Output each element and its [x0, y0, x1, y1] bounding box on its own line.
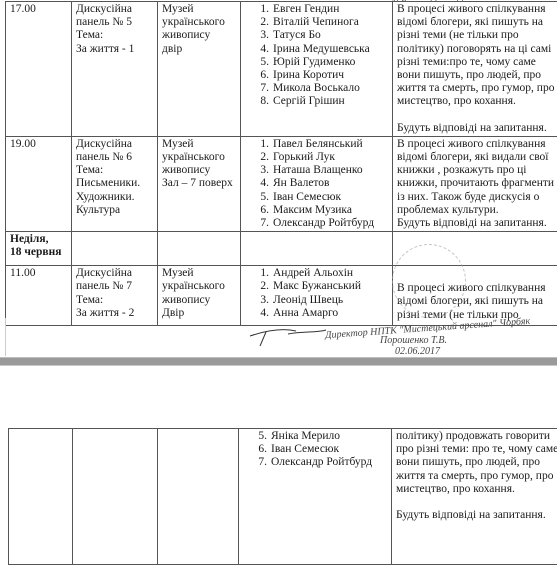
- list-item: 2.Макс Бужанський: [255, 280, 388, 293]
- schedule-table-page-1: 17.00 Дискусійна панель № 5 Тема: За жит…: [5, 1, 557, 326]
- description-cell: В процесі живого спілкування відомі блог…: [393, 136, 557, 231]
- time-cell: 17.00: [6, 2, 72, 137]
- participants-list: 5.Яніка Мерило 6.Іван Семесюк 7.Олександ…: [253, 430, 387, 470]
- list-item: 6.Ірина Коротич: [255, 69, 388, 82]
- table-row-day: Неділя, 18 червня: [6, 232, 557, 266]
- signature-scribble: [248, 322, 328, 348]
- day-cell: Неділя, 18 червня: [6, 232, 72, 266]
- list-item: 6.Іван Семесюк: [253, 443, 387, 456]
- list-item: 1.Евген Гендин: [255, 3, 388, 16]
- list-item: 2.Горький Лук: [255, 151, 388, 164]
- participants-list: 1.Павел Белянський 2.Горький Лук 3.Наташ…: [255, 138, 388, 230]
- list-item: 5.Іван Семесюк: [255, 191, 388, 204]
- participants-cell: 1.Павел Белянський 2.Горький Лук 3.Наташ…: [241, 136, 393, 231]
- table-row-17-00: 17.00 Дискусійна панель № 5 Тема: За жит…: [6, 2, 557, 137]
- participants-list: 1.Евген Гендин 2.Віталій Чепинога 3.Тату…: [255, 3, 388, 109]
- list-item: 4.Ян Валетов: [255, 177, 388, 190]
- venue-cell: Музей українського живопису Зал – 7 пове…: [158, 136, 241, 231]
- participants-cell: 1.Андрей Альохін 2.Макс Бужанський 3.Лео…: [241, 266, 393, 326]
- event-cell: Дискусійна панель № 5 Тема: За життя - 1: [72, 2, 158, 137]
- document-page-1: Будуть відповіді на запитання. 17.00 Дис…: [0, 0, 557, 357]
- page-separator: [0, 357, 557, 366]
- table-row-continuation: 5.Яніка Мерило 6.Іван Семесюк 7.Олександ…: [9, 429, 557, 565]
- list-item: 7.Олександр Ройтбурд: [255, 217, 388, 230]
- participants-list: 1.Андрей Альохін 2.Макс Бужанський 3.Лео…: [255, 267, 388, 320]
- list-item: 2.Віталій Чепинога: [255, 16, 388, 29]
- list-item: 7.Микола Воськало: [255, 82, 388, 95]
- schedule-table-page-2: 5.Яніка Мерило 6.Іван Семесюк 7.Олександ…: [8, 428, 557, 565]
- list-item: 3.Леонід Швець: [255, 294, 388, 307]
- description-cell: політику) продовжать говорити про різні …: [392, 429, 557, 565]
- list-item: 8.Сергій Грішин: [255, 95, 388, 108]
- list-item: 3.Татуся Бо: [255, 29, 388, 42]
- venue-cell: Музей українського живопису двір: [158, 2, 241, 137]
- list-item: 4.Ірина Медушевська: [255, 43, 388, 56]
- event-cell: Дискусійна панель № 6 Тема: Письменики. …: [72, 136, 158, 231]
- list-item: 1.Павел Белянський: [255, 138, 388, 151]
- list-item: 1.Андрей Альохін: [255, 267, 388, 280]
- official-stamp: [392, 244, 466, 318]
- list-item: 5.Юрій Гудименко: [255, 56, 388, 69]
- list-item: 7.Олександр Ройтбурд: [253, 456, 387, 469]
- list-item: 3.Наташа Влащенко: [255, 164, 388, 177]
- table-row-11-00: 11.00 Дискусійна панель № 7 Тема: За жит…: [6, 266, 557, 326]
- description-cell: В процесі живого спілкування відомі блог…: [393, 2, 557, 137]
- time-cell: 19.00: [6, 136, 72, 231]
- table-row-19-00: 19.00 Дискусійна панель № 6 Тема: Письме…: [6, 136, 557, 231]
- list-item: 5.Яніка Мерило: [253, 430, 387, 443]
- venue-cell: Музей українського живопису Двір: [158, 266, 241, 326]
- participants-cell: 5.Яніка Мерило 6.Іван Семесюк 7.Олександ…: [239, 429, 392, 565]
- list-item: 4.Анна Амарго: [255, 307, 388, 320]
- time-cell: 11.00: [6, 266, 72, 326]
- list-item: 6.Максим Музика: [255, 204, 388, 217]
- event-cell: Дискусійна панель № 7 Тема: За життя - 2: [72, 266, 158, 326]
- document-page-2: 5.Яніка Мерило 6.Іван Семесюк 7.Олександ…: [0, 366, 557, 569]
- participants-cell: 1.Евген Гендин 2.Віталій Чепинога 3.Тату…: [241, 2, 393, 137]
